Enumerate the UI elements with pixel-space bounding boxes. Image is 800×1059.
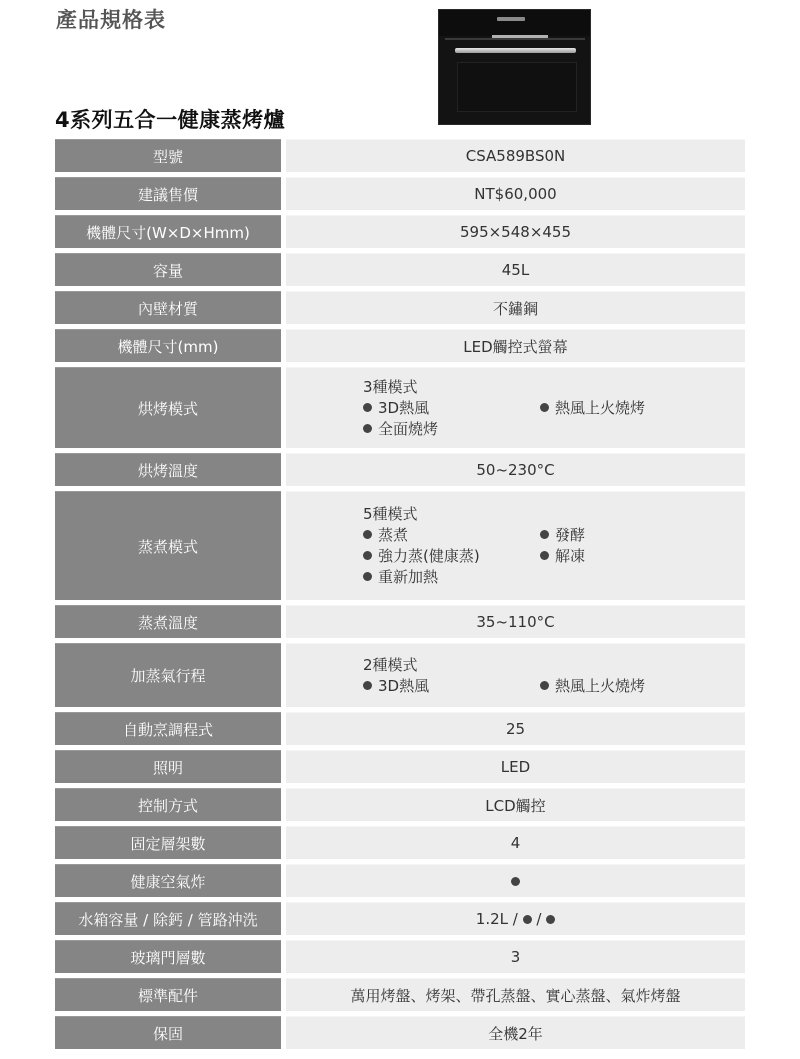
spec-value: NT$60,000 bbox=[286, 177, 745, 210]
spec-row-bake-modes: 烘烤模式 3種模式 3D熱風 熱風上火燒烤 全面燒烤 bbox=[55, 367, 745, 448]
included-dot-icon bbox=[523, 915, 532, 924]
oven-door-window bbox=[457, 62, 577, 112]
spec-label: 容量 bbox=[55, 253, 281, 286]
oven-control-panel bbox=[439, 10, 590, 36]
spec-value: 595×548×455 bbox=[286, 215, 745, 248]
mode-heading: 5種模式 bbox=[363, 504, 700, 525]
bullet-icon bbox=[363, 530, 372, 539]
spec-value: 5種模式 蒸煮 發酵 強力蒸(健康蒸) 解凍 重新加熱 bbox=[286, 491, 745, 600]
oven-door-handle bbox=[455, 48, 576, 53]
spec-value: 萬用烤盤、烤架、帶孔蒸盤、實心蒸盤、氣炸烤盤 bbox=[286, 978, 745, 1011]
spec-row-shelf-levels: 固定層架數 4 bbox=[55, 826, 745, 859]
spec-row-auto-programs: 自動烹調程式 25 bbox=[55, 712, 745, 745]
spec-label: 烘烤模式 bbox=[55, 367, 281, 448]
spec-value: CSA589BS0N bbox=[286, 139, 745, 172]
spec-label: 標準配件 bbox=[55, 978, 281, 1011]
spec-label: 烘烤溫度 bbox=[55, 453, 281, 486]
list-item: 重新加熱 bbox=[363, 567, 540, 588]
oven-rail bbox=[445, 38, 585, 40]
bullet-icon bbox=[363, 551, 372, 560]
product-image bbox=[438, 9, 591, 125]
spec-row-display: 機體尺寸(mm) LED觸控式螢幕 bbox=[55, 329, 745, 362]
spec-row-model: 型號 CSA589BS0N bbox=[55, 139, 745, 172]
spec-row-glass-layers: 玻璃門層數 3 bbox=[55, 940, 745, 973]
spec-value: 不鏽鋼 bbox=[286, 291, 745, 324]
spec-label: 健康空氣炸 bbox=[55, 864, 281, 897]
spec-label: 建議售價 bbox=[55, 177, 281, 210]
list-item: 發酵 bbox=[540, 525, 700, 546]
spec-value: 2種模式 3D熱風 熱風上火燒烤 bbox=[286, 643, 745, 707]
bullet-icon bbox=[540, 551, 549, 560]
spec-label: 照明 bbox=[55, 750, 281, 783]
spec-row-accessories: 標準配件 萬用烤盤、烤架、帶孔蒸盤、實心蒸盤、氣炸烤盤 bbox=[55, 978, 745, 1011]
spec-value: 3 bbox=[286, 940, 745, 973]
spec-label: 控制方式 bbox=[55, 788, 281, 821]
spec-value: 35~110°C bbox=[286, 605, 745, 638]
spec-label: 型號 bbox=[55, 139, 281, 172]
list-item: 解凍 bbox=[540, 546, 700, 567]
mode-heading: 2種模式 bbox=[363, 655, 700, 676]
spec-label: 固定層架數 bbox=[55, 826, 281, 859]
spec-row-steam-temp: 蒸煮溫度 35~110°C bbox=[55, 605, 745, 638]
included-dot-icon bbox=[511, 877, 520, 886]
spec-label: 蒸煮模式 bbox=[55, 491, 281, 600]
spec-row-dimensions: 機體尺寸(W×D×Hmm) 595×548×455 bbox=[55, 215, 745, 248]
list-item: 熱風上火燒烤 bbox=[540, 676, 700, 697]
list-item: 3D熱風 bbox=[363, 398, 540, 419]
spec-value: 1.2L / / bbox=[286, 902, 745, 935]
list-item: 蒸煮 bbox=[363, 525, 540, 546]
spec-label: 保固 bbox=[55, 1016, 281, 1049]
spec-label: 加蒸氣行程 bbox=[55, 643, 281, 707]
spec-label: 蒸煮溫度 bbox=[55, 605, 281, 638]
spec-row-control: 控制方式 LCD觸控 bbox=[55, 788, 745, 821]
spec-row-interior: 內壁材質 不鏽鋼 bbox=[55, 291, 745, 324]
mode-list: 5種模式 蒸煮 發酵 強力蒸(健康蒸) 解凍 重新加熱 bbox=[363, 504, 700, 588]
spec-row-water-tank: 水箱容量 / 除鈣 / 管路沖洗 1.2L / / bbox=[55, 902, 745, 935]
list-item: 全面燒烤 bbox=[363, 419, 540, 440]
spec-value: 45L bbox=[286, 253, 745, 286]
spec-value: 4 bbox=[286, 826, 745, 859]
spec-row-lighting: 照明 LED bbox=[55, 750, 745, 783]
list-item: 強力蒸(健康蒸) bbox=[363, 546, 540, 567]
mode-list: 2種模式 3D熱風 熱風上火燒烤 bbox=[363, 655, 700, 697]
bullet-icon bbox=[363, 403, 372, 412]
list-item: 3D熱風 bbox=[363, 676, 540, 697]
included-dot-icon bbox=[546, 915, 555, 924]
spec-table: 型號 CSA589BS0N 建議售價 NT$60,000 機體尺寸(W×D×Hm… bbox=[55, 139, 745, 1054]
bullet-icon bbox=[540, 403, 549, 412]
spec-row-steam-modes: 蒸煮模式 5種模式 蒸煮 發酵 強力蒸(健康蒸) 解凍 重新加熱 bbox=[55, 491, 745, 600]
page-title: 產品規格表 bbox=[56, 4, 166, 34]
spec-label: 自動烹調程式 bbox=[55, 712, 281, 745]
spec-label: 水箱容量 / 除鈣 / 管路沖洗 bbox=[55, 902, 281, 935]
spec-value: LED觸控式螢幕 bbox=[286, 329, 745, 362]
product-title: 4系列五合一健康蒸烤爐 bbox=[55, 104, 285, 134]
list-item: 熱風上火燒烤 bbox=[540, 398, 700, 419]
mode-heading: 3種模式 bbox=[363, 377, 700, 398]
spec-value: 50~230°C bbox=[286, 453, 745, 486]
spec-value: 25 bbox=[286, 712, 745, 745]
spec-value: 3種模式 3D熱風 熱風上火燒烤 全面燒烤 bbox=[286, 367, 745, 448]
bullet-icon bbox=[363, 572, 372, 581]
bullet-icon bbox=[363, 424, 372, 433]
spec-value bbox=[286, 864, 745, 897]
spec-label: 機體尺寸(mm) bbox=[55, 329, 281, 362]
spec-row-air-fry: 健康空氣炸 bbox=[55, 864, 745, 897]
spec-row-bake-temp: 烘烤溫度 50~230°C bbox=[55, 453, 745, 486]
spec-value: 全機2年 bbox=[286, 1016, 745, 1049]
spec-row-added-steam: 加蒸氣行程 2種模式 3D熱風 熱風上火燒烤 bbox=[55, 643, 745, 707]
spec-value: LED bbox=[286, 750, 745, 783]
spec-row-capacity: 容量 45L bbox=[55, 253, 745, 286]
mode-list: 3種模式 3D熱風 熱風上火燒烤 全面燒烤 bbox=[363, 377, 700, 440]
spec-label: 內壁材質 bbox=[55, 291, 281, 324]
spec-value: LCD觸控 bbox=[286, 788, 745, 821]
bullet-icon bbox=[540, 681, 549, 690]
bullet-icon bbox=[540, 530, 549, 539]
spec-row-price: 建議售價 NT$60,000 bbox=[55, 177, 745, 210]
spec-label: 玻璃門層數 bbox=[55, 940, 281, 973]
oven-display bbox=[497, 17, 525, 21]
spec-row-warranty: 保固 全機2年 bbox=[55, 1016, 745, 1049]
spec-label: 機體尺寸(W×D×Hmm) bbox=[55, 215, 281, 248]
bullet-icon bbox=[363, 681, 372, 690]
